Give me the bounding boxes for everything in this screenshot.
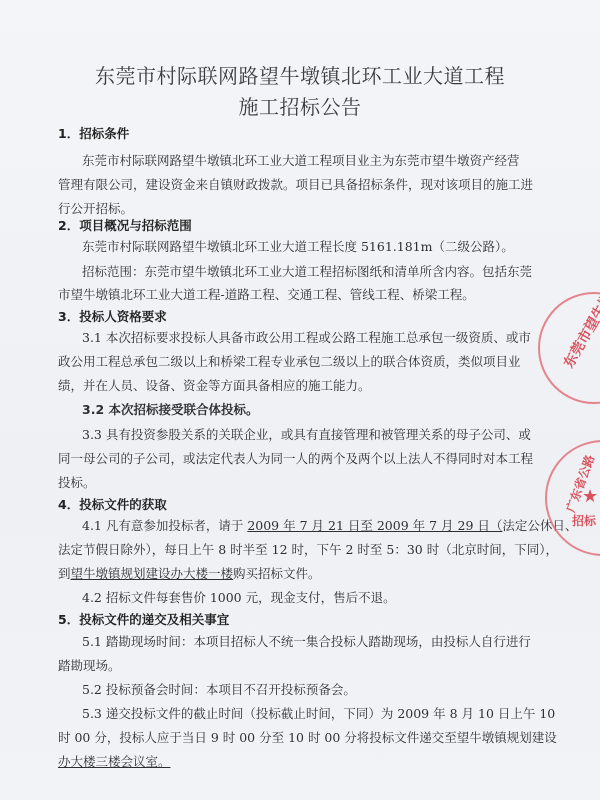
section-5-heading: 5．投标文件的递交及相关事宜 [58, 610, 229, 628]
paragraph-line: 市望牛墩镇北环工业大道工程-道路工程、交通工程、管线工程、桥梁工程。 [58, 285, 475, 303]
section-1-heading: 1．招标条件 [58, 124, 129, 142]
paragraph-line: 4.1 凡有意参加投标者，请于 2009 年 7 月 21 日至 2009 年 … [82, 516, 577, 534]
section-2-heading: 2．项目概况与招标范围 [58, 216, 192, 234]
paragraph-line: 绩，并在人员、设备、资金等方面具备相应的施工能力。 [58, 376, 371, 394]
text-span: 到 [58, 566, 71, 581]
paragraph-line: 踏勘现场。 [58, 656, 121, 674]
text-span: 购买招标文件。 [233, 566, 321, 581]
document-title-line1: 东莞市村际联网路望牛墩镇北环工业大道工程 [0, 60, 600, 89]
underlined-location: 望牛墩镇规划建设办大楼一楼 [71, 566, 234, 581]
paragraph-line-bold: 3.2 本次招标接受联合体投标。 [82, 400, 259, 418]
paragraph-line: 到望牛墩镇规划建设办大楼一楼购买招标文件。 [58, 564, 321, 582]
paragraph-line: 管理有限公司，建设资金来自镇财政拨款。项目已具备招标条件，现对该项目的施工进 [58, 175, 533, 193]
paragraph-line: 办大楼三楼会议室。 [58, 752, 171, 770]
paragraph-line: 5.2 投标预备会时间：本项目不召开投标预备会。 [82, 680, 356, 698]
paragraph-line: 投标。 [58, 473, 96, 491]
paragraph-line: 法定节假日除外），每日上午 8 时半至 12 时，下午 2 时至 5：30 时（… [58, 540, 558, 558]
seal-text: 招标 [572, 512, 596, 529]
underlined-date-range: 2009 年 7 月 21 日至 2009 年 7 月 29 日（ [247, 518, 502, 533]
paragraph-line: 行公开招标。 [58, 199, 133, 217]
paragraph-line: 3.1 本次招标要求投标人具备市政公用工程或公路工程施工总承包一级资质、或市 [82, 328, 531, 346]
document-page: 东莞市村际联网路望牛墩镇北环工业大道工程 施工招标公告 1．招标条件 东莞市村际… [0, 0, 600, 800]
paragraph-line: 5.3 递交投标文件的截止时间（投标截止时间，下同）为 2009 年 8 月 1… [82, 704, 555, 722]
section-3-heading: 3．投标人资格要求 [58, 307, 167, 325]
paragraph-line: 时 00 分，投标人应于当日 9 时 00 分至 10 时 00 分将投标文件递… [58, 728, 557, 746]
paragraph-line: 4.2 招标文件每套售价 1000 元，现金支付，售后不退。 [82, 588, 396, 606]
paragraph-line: 3.3 具有投资参股关系的关联企业，或具有直接管理和被管理关系的母子公司、或 [82, 425, 531, 443]
paragraph-line: 同一母公司的子公司，或法定代表人为同一人的两个及两个以上法人不得同时对本工程 [58, 449, 533, 467]
paragraph-line: 东莞市村际联网路望牛墩镇北环工业大道工程长度 5161.181m（二级公路）。 [82, 237, 514, 255]
section-4-heading: 4．投标文件的获取 [58, 495, 167, 513]
paragraph-line: 5.1 踏勘现场时间：本项目招标人不统一集合投标人踏勘现场，由投标人自行进行 [82, 632, 531, 650]
paragraph-line: 东莞市村际联网路望牛墩镇北环工业大道工程项目业主为东莞市望牛墩资产经营 [82, 151, 520, 169]
text-span: 4.1 凡有意参加投标者，请于 [82, 518, 247, 533]
document-title-line2: 施工招标公告 [0, 91, 600, 120]
paragraph-line: 招标范围：东莞市望牛墩镇北环工业大道工程招标图纸和清单所含内容。包括东莞 [82, 262, 532, 280]
paragraph-line: 政公用工程总承包二级以上和桥梁工程专业承包二级以上的联合体资质，类似项目业 [58, 352, 521, 370]
seal-star-icon: ★ [582, 486, 598, 507]
